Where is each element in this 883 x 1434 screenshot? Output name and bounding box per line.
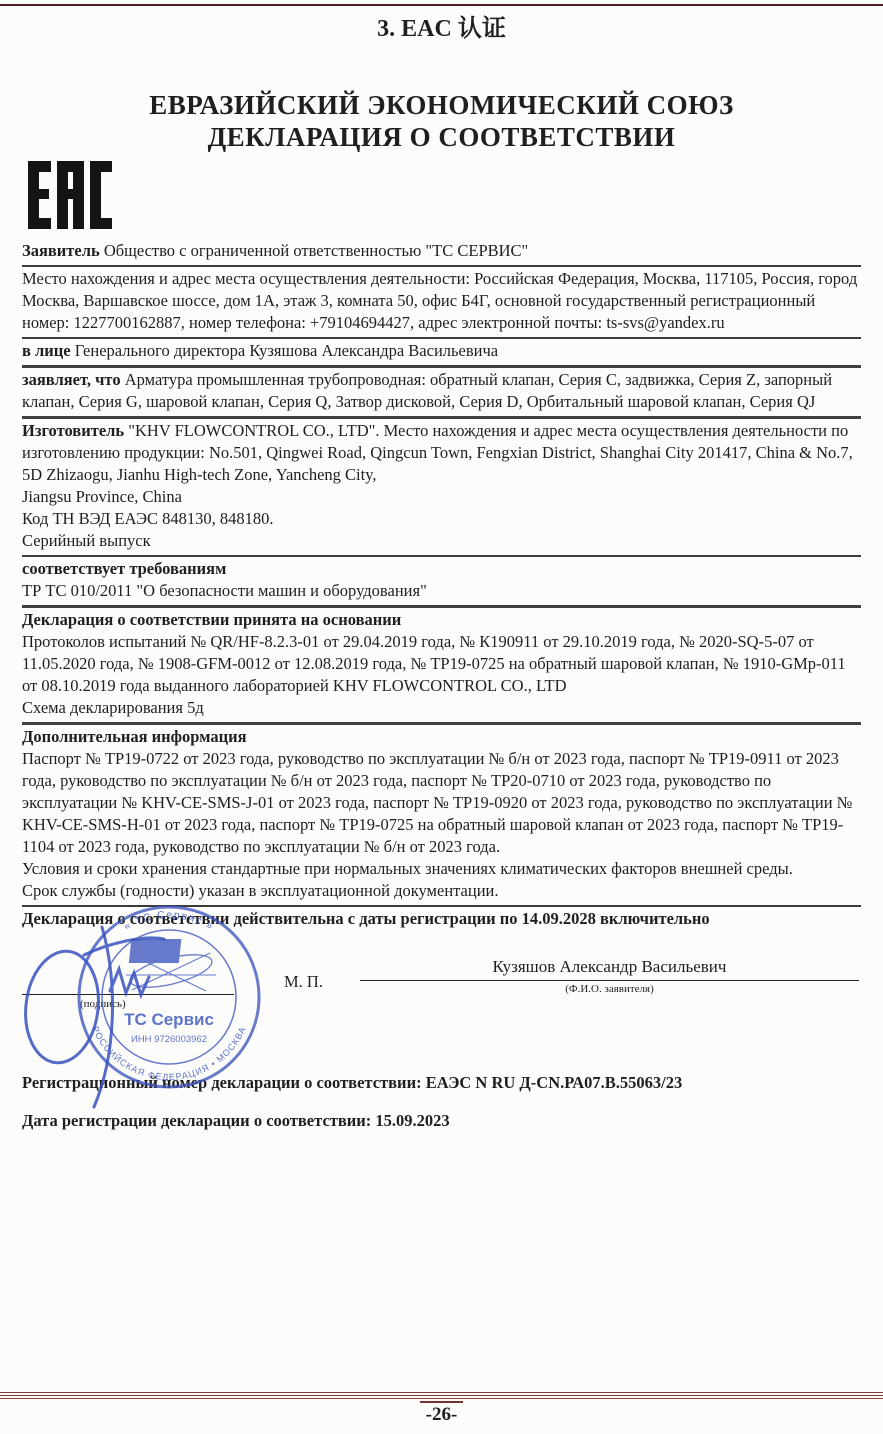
document-title-line1: ЕВРАЗИЙСКИЙ ЭКОНОМИЧЕСКИЙ СОЮЗ [0, 89, 883, 121]
manufacturer-address-line2: Jiangsu Province, China [22, 486, 861, 508]
stamp-inn: ИНН 9726003962 [131, 1034, 207, 1045]
tnved-code: Код ТН ВЭД ЕАЭС 848130, 848180. [22, 508, 861, 530]
applicant-value: Общество с ограниченной ответственностью… [100, 241, 529, 260]
manufacturer-label: Изготовитель [22, 421, 124, 440]
declaration-scheme: Схема декларирования 5д [22, 697, 861, 719]
section-basis: Декларация о соответствии принята на осн… [22, 608, 861, 725]
manufacturer-value: "KHV FLOWCONTROL CO., LTD". Место нахожд… [22, 421, 853, 484]
applicant-name-caption: (Ф.И.О. заявителя) [360, 983, 859, 995]
applicant-address: Место нахождения и адрес места осуществл… [22, 268, 861, 334]
service-life: Срок службы (годности) указан в эксплуат… [22, 880, 861, 902]
represented-by-label: в лице [22, 341, 71, 360]
document-body: Заявитель Общество с ограниченной ответс… [0, 161, 883, 1131]
section-represented-by: в лице Генерального директора Кузяшова А… [22, 339, 861, 368]
chapter-title: 3. EAC 认证 [0, 8, 883, 43]
document-title: ЕВРАЗИЙСКИЙ ЭКОНОМИЧЕСКИЙ СОЮЗ ДЕКЛАРАЦИ… [0, 89, 883, 153]
applicant-name-block: Кузяшов Александр Васильевич (Ф.И.О. зая… [360, 957, 859, 995]
document-title-line2: ДЕКЛАРАЦИЯ О СООТВЕТСТВИИ [0, 121, 883, 153]
validity-statement: Декларация о соответствии действительна … [22, 908, 861, 930]
stamp-solid-mark [129, 939, 182, 963]
stamp-company-name: ТС Сервис [124, 1010, 214, 1029]
compliance-regulation: ТР ТС 010/2011 "О безопасности машин и о… [22, 580, 861, 602]
declares-label: заявляет, что [22, 370, 121, 389]
additional-info-label: Дополнительная информация [22, 726, 861, 748]
compliance-label: соответствует требованиям [22, 558, 861, 580]
footer-divider [0, 1392, 883, 1399]
stamp-emblem-orbit [127, 948, 215, 994]
signature-line [22, 994, 234, 995]
section-manufacturer: Изготовитель "KHV FLOWCONTROL CO., LTD".… [22, 419, 861, 557]
stamp-place-label: М. П. [284, 972, 323, 992]
eac-logo-glyphs [28, 161, 112, 229]
section-applicant: Заявитель Общество с ограниченной ответс… [22, 239, 861, 267]
eac-logo [28, 161, 112, 231]
registration-date: Дата регистрации декларации о соответств… [22, 1111, 861, 1131]
represented-by-value: Генерального директора Кузяшова Александ… [71, 341, 498, 360]
signature-block: (подпись) М. П. Кузяшов Александр Василь… [22, 937, 861, 1065]
additional-info-text: Паспорт № ТР19-0722 от 2023 года, руково… [22, 748, 861, 858]
section-additional-info: Дополнительная информация Паспорт № ТР19… [22, 725, 861, 907]
storage-conditions: Условия и сроки хранения стандартные при… [22, 858, 861, 880]
signature-caption: (подпись) [80, 998, 126, 1010]
registration-number: Регистрационный номер декларации о соотв… [22, 1073, 861, 1093]
applicant-label: Заявитель [22, 241, 100, 260]
page-number: -26- [420, 1401, 464, 1426]
stamp-outer-circle [79, 907, 259, 1087]
basis-label: Декларация о соответствии принята на осн… [22, 609, 861, 631]
section-address: Место нахождения и адрес места осуществл… [22, 267, 861, 339]
top-divider [0, 4, 883, 6]
section-declares: заявляет, что Арматура промышленная труб… [22, 368, 861, 419]
applicant-full-name: Кузяшов Александр Васильевич [360, 957, 859, 981]
basis-protocols: Протоколов испытаний № QR/HF-8.2.3-01 от… [22, 631, 861, 697]
section-compliance: соответствует требованиям ТР ТС 010/2011… [22, 557, 861, 608]
serial-production: Серийный выпуск [22, 530, 861, 552]
stamp-inner-circle [102, 930, 236, 1064]
stamp-emblem-lines [126, 953, 216, 991]
section-validity: Декларация о соответствии действительна … [22, 907, 861, 933]
declares-value: Арматура промышленная трубопроводная: об… [22, 370, 832, 411]
document-page: 3. EAC 认证 ЕВРАЗИЙСКИЙ ЭКОНОМИЧЕСКИЙ СОЮЗ… [0, 0, 883, 1434]
page-footer: -26- [0, 1392, 883, 1426]
